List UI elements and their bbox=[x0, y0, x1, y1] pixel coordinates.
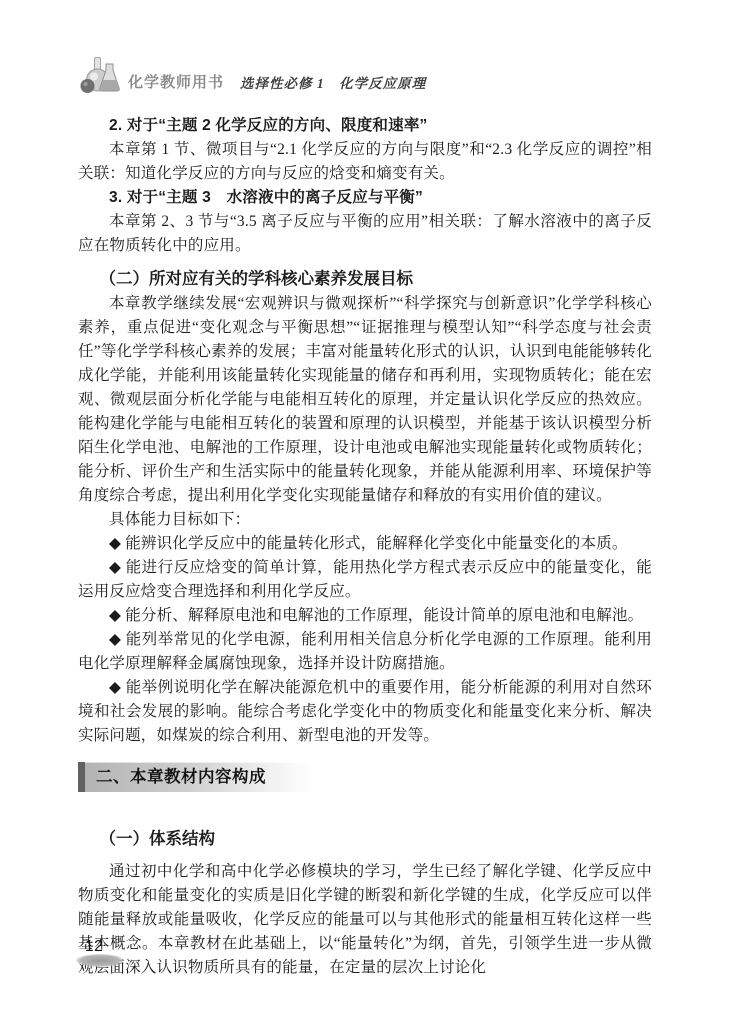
ability-goals-lead-in: 具体能力目标如下： bbox=[78, 508, 652, 532]
topic-heading-2: 2. 对于“主题 2 化学反应的方向、限度和速率” bbox=[78, 114, 652, 138]
topic-heading-3: 3. 对于“主题 3 水溶液中的离子反应与平衡” bbox=[78, 186, 652, 210]
book-title: 化学教师用书 bbox=[128, 72, 224, 94]
page-content: 2. 对于“主题 2 化学反应的方向、限度和速率” 本章第 1 节、微项目与“2… bbox=[78, 114, 652, 980]
section-banner-title: 二、本章教材内容构成 bbox=[85, 762, 266, 792]
ability-goal-item-3: ◆ 能分析、解释原电池和电解池的工作原理，能设计简单的原电池和电解池。 bbox=[78, 604, 652, 628]
core-literacy-paragraph: 本章教学继续发展“宏观辨识与微观探析”“科学探究与创新意识”化学学科核心素养，重… bbox=[78, 292, 652, 508]
ability-goal-item-2: ◆ 能进行反应焓变的简单计算，能用热化学方程式表示反应中的能量变化，能运用反应焓… bbox=[78, 556, 652, 604]
structure-paragraph: 通过初中化学和高中化学必修模块的学习，学生已经了解化学键、化学反应中物质变化和能… bbox=[78, 860, 652, 980]
book-page: 化学教师用书 选择性必修 1 化学反应原理 2. 对于“主题 2 化学反应的方向… bbox=[0, 0, 730, 1024]
book-subtitle: 选择性必修 1 化学反应原理 bbox=[240, 73, 426, 94]
running-head: 化学教师用书 选择性必修 1 化学反应原理 bbox=[78, 56, 652, 94]
ability-goal-item-5: ◆ 能举例说明化学在解决能源危机中的重要作用，能分析能源的利用对自然环境和社会发… bbox=[78, 676, 652, 748]
subsection-heading-structure: （一）体系结构 bbox=[78, 826, 652, 852]
flask-icon bbox=[78, 56, 120, 94]
topic-2-paragraph: 本章第 1 节、微项目与“2.1 化学反应的方向与限度”和“2.3 化学反应的调… bbox=[78, 138, 652, 186]
page-number: 12 bbox=[85, 938, 103, 956]
topic-3-paragraph: 本章第 2、3 节与“3.5 离子反应与平衡的应用”相关联：了解水溶液中的离子反… bbox=[78, 210, 652, 258]
ability-goal-item-1: ◆ 能辨识化学反应中的能量转化形式，能解释化学变化中能量变化的本质。 bbox=[78, 532, 652, 556]
section-banner: 二、本章教材内容构成 bbox=[78, 762, 314, 792]
subsection-heading-core-literacy: （二）所对应有关的学科核心素养发展目标 bbox=[78, 266, 652, 292]
page-number-area: 12 bbox=[76, 938, 136, 970]
ability-goal-item-4: ◆ 能列举常见的化学电源，能利用相关信息分析化学电源的工作原理。能利用电化学原理… bbox=[78, 628, 652, 676]
